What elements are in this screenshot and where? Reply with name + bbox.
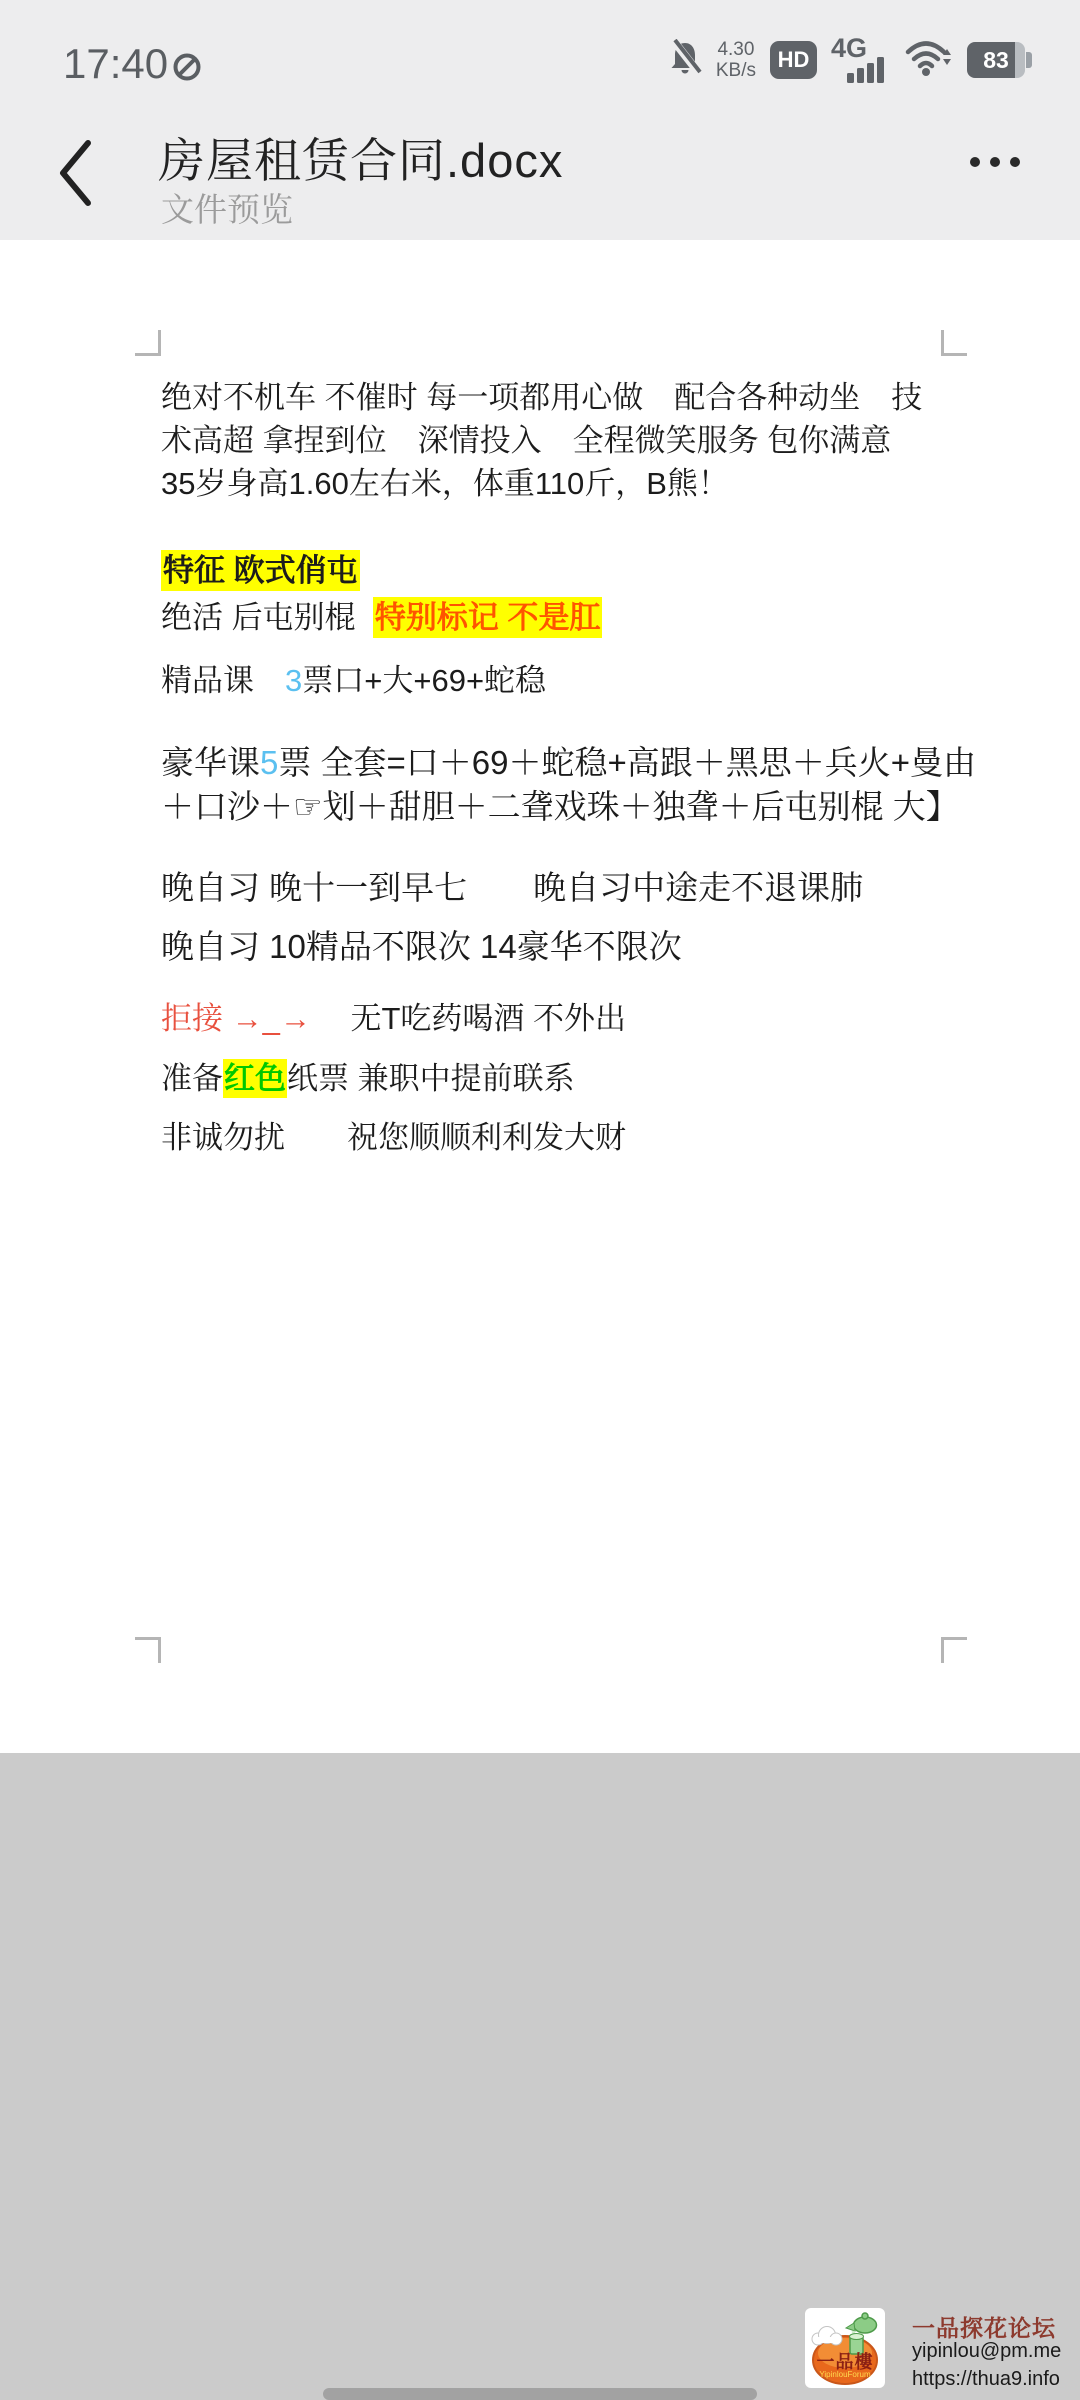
forum-watermark: 一品樓 YipinlouForum 一品探花论坛 yipinlou@pm.me … [805, 2308, 1080, 2400]
doc-paragraph1-line3: 35岁身高1.60左右米，体重110斤，B熊！ [161, 458, 729, 503]
forum-logo: 一品樓 YipinlouForum [805, 2308, 885, 2388]
more-horizontal-icon [970, 157, 980, 167]
wifi-icon [905, 39, 953, 82]
haohua-number: 5 [260, 744, 278, 781]
doc-evening-line2: 晚自习 10精品不限次 14豪华不限次 [161, 921, 682, 968]
margin-crop-mark-top-left [135, 330, 161, 356]
margin-crop-mark-top-right [941, 330, 967, 356]
page-subtitle: 文件预览 [161, 184, 293, 231]
feature-line-marked: 特别标记 不是肛 [373, 597, 603, 638]
logo-subtext: YipinlouForum [805, 2370, 885, 2379]
forum-name: 一品探花论坛 [912, 2310, 1056, 2343]
doc-jingpin-line: 精品课 3票口+大+69+蛇稳 [161, 655, 546, 700]
forum-url: https://thua9.info [912, 2368, 1060, 2391]
top-chrome: 17:40 4.30 KB/s HD 4G [0, 0, 1080, 240]
doc-paragraph1-line1: 绝对不机车 不催时 每一项都用心做 配合各种动坐 技 [161, 372, 922, 417]
doc-paragraph1-line2: 术高超 拿捏到位 深情投入 全程微笑服务 包你满意 [161, 415, 891, 460]
doc-feature-line2: 绝活 后屯别棍 特别标记 不是肛 [161, 592, 602, 637]
jingpin-prefix: 精品课 [161, 663, 285, 698]
feature-highlight: 特征 欧式俏屯 [161, 550, 360, 591]
status-time: 17:40 [63, 40, 168, 88]
reject-rest: 无T吃药喝酒 不外出 [311, 1001, 626, 1036]
document-preview[interactable]: 绝对不机车 不催时 每一项都用心做 配合各种动坐 技 术高超 拿捏到位 深情投入… [0, 240, 1080, 1753]
haohua-line1-suffix: 票 全套=口＋69＋蛇稳+高跟＋黑思＋兵火+曼由 [278, 744, 976, 781]
network-speed: 4.30 KB/s [716, 39, 756, 81]
battery-level: 83 [983, 47, 1009, 74]
jingpin-number: 3 [285, 663, 302, 698]
haohua-prefix: 豪华课 [161, 744, 260, 781]
bell-mute-icon [668, 39, 702, 82]
forum-email: yipinlou@pm.me [912, 2340, 1061, 2363]
doc-closing-line: 非诚勿扰 祝您顺顺利利发大财 [161, 1112, 626, 1157]
jingpin-suffix: 票口+大+69+蛇稳 [302, 663, 546, 698]
doc-prepare-line: 准备红色纸票 兼职中提前联系 [161, 1053, 575, 1098]
doc-evening-line1: 晚自习 晚十一到早七 晚自习中途走不退课肺 [161, 862, 863, 909]
hd-badge: HD [770, 41, 817, 79]
prepare-prefix: 准备 [161, 1061, 223, 1096]
chevron-left-icon [56, 138, 94, 208]
margin-crop-mark-bottom-left [135, 1637, 161, 1663]
gesture-navigation-pill[interactable] [323, 2388, 757, 2400]
doc-haohua-line2: ＋口沙＋☞划＋甜胆＋二聋戏珠＋独聋＋后屯别棍 大】 [161, 781, 959, 828]
doc-reject-line: 拒接 →_→ 无T吃药喝酒 不外出 [161, 993, 626, 1038]
network-speed-value: 4.30 [717, 39, 754, 60]
doc-feature-line: 特征 欧式俏屯 [161, 545, 360, 590]
network-speed-unit: KB/s [716, 60, 756, 81]
feature-line-prefix: 绝活 后屯别棍 [161, 600, 373, 635]
prepare-highlight: 红色 [223, 1059, 287, 1098]
signal-bars-icon [847, 57, 884, 83]
margin-crop-mark-bottom-right [941, 1637, 967, 1663]
footer-area: 一品樓 YipinlouForum 一品探花论坛 yipinlou@pm.me … [0, 1753, 1080, 2400]
cellular-signal-icon: 4G [831, 37, 891, 83]
reject-label: 拒接 →_→ [161, 1001, 311, 1036]
prepare-suffix: 纸票 兼职中提前联系 [287, 1061, 575, 1096]
status-icons: 4.30 KB/s HD 4G [668, 34, 1032, 86]
page-title: 房屋租赁合同.docx [158, 124, 563, 191]
data-saver-icon [172, 52, 202, 87]
back-button[interactable] [40, 128, 110, 218]
battery-icon: 83 [967, 42, 1032, 78]
more-options-button[interactable] [950, 130, 1040, 194]
phone-screen: 17:40 4.30 KB/s HD 4G [0, 0, 1080, 2400]
doc-haohua-line1: 豪华课5票 全套=口＋69＋蛇稳+高跟＋黑思＋兵火+曼由 [161, 737, 976, 784]
